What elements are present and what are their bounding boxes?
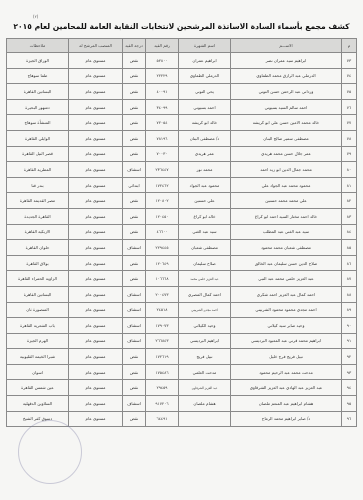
candidate-name: محمد جمال الدين ابو زيد احمد	[231, 162, 342, 178]
candidate-name: مصطفى شعبان محمد محمود	[231, 240, 342, 256]
candidate-name: ابراهيم محمد قرني عبد المعبود البرديسي	[231, 333, 342, 349]
candidate-nickname: عبد العزيز الشرقاوي	[179, 380, 231, 396]
notes: طما سوهاج	[7, 68, 69, 84]
registration-level: نقض	[123, 224, 146, 240]
row-index: ٩٥	[342, 396, 357, 412]
row-index: ٨٤	[342, 224, 357, 240]
row-index: ٨٠	[342, 162, 357, 178]
document-title: كشف مجمع بأسماء السادة الاساتذة المرشحين…	[0, 22, 363, 31]
candidate-nickname	[179, 411, 231, 427]
registration-number: ٢٤٥١٨	[146, 302, 179, 318]
registration-level: ابتدائي	[123, 177, 146, 193]
notes: الوايلي القاهرة	[7, 130, 69, 146]
position: مستوى عام	[69, 286, 123, 302]
registration-number: ٦٤٤٩١	[146, 411, 179, 427]
row-index: ٧٣	[342, 53, 357, 69]
candidate-nickname: وحيد الكيلاني	[179, 318, 231, 334]
table-row: ٩١ابراهيم محمد قرني عبد المعبود البرديسي…	[7, 333, 357, 349]
registration-number: ١٧٢٦١٩	[146, 349, 179, 365]
candidate-nickname: يحي التوني	[179, 84, 231, 100]
header-index: م	[342, 39, 357, 53]
candidate-name: احمد مجدي محمود محمود الشربيني	[231, 302, 342, 318]
registration-level: نقض	[123, 364, 146, 380]
registration-number: ١٧٥٤٨٦	[146, 364, 179, 380]
table-row: ٨١محمود محمد عبد الجواد عليمحمود عبد الج…	[7, 177, 357, 193]
position: مستوى عام	[69, 115, 123, 131]
position: مستوى عام	[69, 193, 123, 209]
candidate-name: خالد محمد الامين حسن علي ابو كريشه	[231, 115, 342, 131]
table-row: ٩٠وحيد صابر سيد كيلانيوحيد الكيلاني١٧٩٠٧…	[7, 318, 357, 334]
registration-number: ١٧٩٠٧٣	[146, 318, 179, 334]
row-index: ٨٨	[342, 286, 357, 302]
registration-level: نقض	[123, 208, 146, 224]
position: مستوى عام	[69, 130, 123, 146]
registration-level: نقض	[123, 84, 146, 100]
candidate-name: ابراهيم سيد عمران نصر	[231, 53, 342, 69]
header-reg-no: رقم القيد	[146, 39, 179, 53]
row-index: ٨٦	[342, 255, 357, 271]
registration-number: ٣٤٠٩٩	[146, 99, 179, 115]
candidate-name: عبد العزيز عبد الهادي عبد العزيز الشرقاو…	[231, 380, 342, 396]
candidate-nickname: خالد ابو كراع	[179, 208, 231, 224]
position: مستوى عام	[69, 318, 123, 334]
registration-level: نقض	[123, 193, 146, 209]
registration-level: استئناف	[123, 240, 146, 256]
registration-level: نقض	[123, 53, 146, 69]
table-row: ٨٢علي محمد محمد حسنينعلي حسنين١٢٠٨٠٢نقضم…	[7, 193, 357, 209]
registration-level: استئناف	[123, 286, 146, 302]
registration-level: نقض	[123, 146, 146, 162]
candidate-nickname: نبيل فريج	[179, 349, 231, 365]
header-level: درجة القيد	[123, 39, 146, 53]
registration-level: نقض	[123, 271, 146, 287]
candidate-name: هشام ابراهيم عبد المنعم ملصان	[231, 396, 342, 412]
candidate-name: احمد سالم السيد بسيوني	[231, 99, 342, 115]
row-index: ٩٤	[342, 380, 357, 396]
row-index: ٩٣	[342, 364, 357, 380]
registration-number: ٩١٧٢٠٦	[146, 396, 179, 412]
row-index: ٨٥	[342, 240, 357, 256]
registration-number: ٤٦٦٠٠	[146, 224, 179, 240]
candidate-nickname: ابراهيم البرديسي	[179, 333, 231, 349]
candidate-nickname: محمد نور	[179, 162, 231, 178]
table-row: ٩٣مدحت محمد عبد الرحيم محمودمدحت العلمي١…	[7, 364, 357, 380]
candidate-nickname: علي حسنين	[179, 193, 231, 209]
row-index: ٨٢	[342, 193, 357, 209]
table-row: ٩٦د/ صابر ابراهيم محمد الرماح٦٤٤٩١نقضمست…	[7, 411, 357, 427]
header-name: الاســـم	[231, 39, 342, 53]
position: مستوى عام	[69, 68, 123, 84]
row-index: ٧٧	[342, 115, 357, 131]
candidate-nickname: محمود عبد الجواد	[179, 177, 231, 193]
candidate-name: مدحت محمد عبد الرحيم محمود	[231, 364, 342, 380]
registration-level: استئناف	[123, 318, 146, 334]
table-row: ٨٥مصطفى شعبان محمد محمودمصطفى شعبان٢٢٩٤٤…	[7, 240, 357, 256]
registration-level: استئناف	[123, 162, 146, 178]
table-row: ٧٥ورداني عبد الرحمن حسن التونييحي التوني…	[7, 84, 357, 100]
row-index: ٧٥	[342, 84, 357, 100]
table-row: ٨٨احمد كمال عبد العزيز احمد شكرياحمد كما…	[7, 286, 357, 302]
position: مستوى عام	[69, 146, 123, 162]
table-row: ٧٩عمر جلال حسن محمد هريديعمر هريدي٧٠٠٣٠ن…	[7, 146, 357, 162]
registration-number: ٢٩٤٥٩	[146, 380, 179, 396]
registration-number: ١٢٠٦٤٩	[146, 255, 179, 271]
registration-level: استئناف	[123, 333, 146, 349]
registration-number: ١٢٠٨٠٢	[146, 193, 179, 209]
row-index: ٨٩	[342, 302, 357, 318]
registration-level: استئناف	[123, 396, 146, 412]
notes: قصر النيل القاهرة	[7, 146, 69, 162]
notes: الزاوية الحمراء القاهرة	[7, 271, 69, 287]
header-notes: ملاحظات	[7, 39, 69, 53]
candidate-name: صلاح الدين حسن سليمان عبد الخالق	[231, 255, 342, 271]
registration-level: نقض	[123, 349, 146, 365]
notes: الوراق الجيزة	[7, 53, 69, 69]
table-body: ٧٣ابراهيم سيد عمران نصرابراهيم عمران٥٢٨٠…	[7, 53, 357, 427]
registration-number: ٢٠٠٤٧٣	[146, 286, 179, 302]
row-index: ٩٦	[342, 411, 357, 427]
position: مستوى عام	[69, 302, 123, 318]
notes: دسوق كفر الشيخ	[7, 411, 69, 427]
position: مستوى عام	[69, 84, 123, 100]
candidate-name: الدرملي عبد الرازق محمد الطماوي	[231, 68, 342, 84]
position: مستوى عام	[69, 162, 123, 178]
candidate-name: عمر جلال حسن محمد هريدي	[231, 146, 342, 162]
registration-level: نقض	[123, 411, 146, 427]
position: مستوى عام	[69, 208, 123, 224]
candidate-nickname: احمد مجدي الشربيني	[179, 302, 231, 318]
official-stamp	[18, 420, 82, 484]
table-row: ٨٠محمد جمال الدين ابو زيد احمدمحمد نور٢٣…	[7, 162, 357, 178]
candidates-table: م الاســـم اسم الشهرة رقم القيد درجة الق…	[6, 38, 357, 427]
candidate-nickname: احمد بسيوني	[179, 99, 231, 115]
table-row: ٩٤عبد العزيز عبد الهادي عبد العزيز الشرق…	[7, 380, 357, 396]
registration-number: ٧٠٠٣٠	[146, 146, 179, 162]
registration-number: ٢٢٢٢٩	[146, 68, 179, 84]
position: مستوى عام	[69, 224, 123, 240]
notes: السلاوين الدقهلية	[7, 396, 69, 412]
table-row: ٨٤سيد عبد الغني عبد المطلبسيد عبد الغني٤…	[7, 224, 357, 240]
row-index: ٩١	[342, 333, 357, 349]
notes: الازبكية القاهرة	[7, 224, 69, 240]
candidate-nickname: مصطفى شعبان	[179, 240, 231, 256]
candidate-nickname: خالد ابو كريشه	[179, 115, 231, 131]
candidate-nickname: د/ مصطفى البنان	[179, 130, 231, 146]
registration-level: نقض	[123, 255, 146, 271]
notes: البساتين القاهرة	[7, 84, 69, 100]
candidate-name: سيد عبد الغني عبد المطلب	[231, 224, 342, 240]
candidate-nickname: عبد العزيز حلمي محمد	[179, 271, 231, 287]
table-row: ٧٧خالد محمد الامين حسن علي ابو كريشهخالد…	[7, 115, 357, 131]
notes: القاهرة الجديدة	[7, 208, 69, 224]
row-index: ٧٤	[342, 68, 357, 84]
header-position: المنصب المرشح له	[69, 39, 123, 53]
candidate-nickname: صلاح سليمان	[179, 255, 231, 271]
position: مستوى عام	[69, 99, 123, 115]
notes: حلوان القاهرة	[7, 240, 69, 256]
table-row: ٨٣خالد احمد مختار السيد احمد ابو كراعخال…	[7, 208, 357, 224]
candidate-name: علي محمد محمد حسنين	[231, 193, 342, 209]
table-row: ٩٢نبيل فريج فرج خليلنبيل فريج١٧٢٦١٩نقضمس…	[7, 349, 357, 365]
registration-number: ١٠٦٦٦٨	[146, 271, 179, 287]
candidate-name: مصطفى سمير صالح البنان	[231, 130, 342, 146]
notes: دمنهور البحيرة	[7, 99, 69, 115]
registration-number: ٢٢٩٤٤٥	[146, 240, 179, 256]
registration-number: ١٢٠٤٥٠	[146, 208, 179, 224]
table-row: ٨٦صلاح الدين حسن سليمان عبد الخالقصلاح س…	[7, 255, 357, 271]
row-index: ٨٧	[342, 271, 357, 287]
position: مستوى عام	[69, 240, 123, 256]
candidate-name: نبيل فريج فرج خليل	[231, 349, 342, 365]
candidate-name: احمد كمال عبد العزيز احمد شكري	[231, 286, 342, 302]
row-index: ٨١	[342, 177, 357, 193]
registration-level: نقض	[123, 130, 146, 146]
registration-number: ٧٨١٩٦	[146, 130, 179, 146]
registration-number: ٤٠٠٩١	[146, 84, 179, 100]
notes: المطرية القاهرة	[7, 162, 69, 178]
candidate-name: خالد احمد مختار السيد احمد ابو كراع	[231, 208, 342, 224]
table-row: ٩٥هشام ابراهيم عبد المنعم ملصانهشام ملصا…	[7, 396, 357, 412]
candidate-nickname: عمر هريدي	[179, 146, 231, 162]
position: مستوى عام	[69, 255, 123, 271]
row-index: ٧٩	[342, 146, 357, 162]
position: مستوى عام	[69, 349, 123, 365]
candidate-name: د/ صابر ابراهيم محمد الرماح	[231, 411, 342, 427]
position: مستوى عام	[69, 271, 123, 287]
candidate-nickname: الدرملي الطماوي	[179, 68, 231, 84]
registration-level: استئناف	[123, 302, 146, 318]
table-row: ٧٦احمد سالم السيد بسيونياحمد بسيوني٣٤٠٩٩…	[7, 99, 357, 115]
table-header-row: م الاســـم اسم الشهرة رقم القيد درجة الق…	[7, 39, 357, 53]
page-number: (٢)	[33, 14, 38, 19]
candidate-nickname: سيد عبد الغني	[179, 224, 231, 240]
candidate-nickname: مدحت العلمي	[179, 364, 231, 380]
notes: البساتين القاهرة	[7, 286, 69, 302]
row-index: ٨٣	[342, 208, 357, 224]
registration-level: نقض	[123, 68, 146, 84]
table-row: ٧٣ابراهيم سيد عمران نصرابراهيم عمران٥٢٨٠…	[7, 53, 357, 69]
position: مستوى عام	[69, 177, 123, 193]
registration-level: نقض	[123, 115, 146, 131]
notes: الهرم الجيزة	[7, 333, 69, 349]
position: مستوى عام	[69, 364, 123, 380]
candidate-name: عبد العزيز حلمي محمد عبد النبي	[231, 271, 342, 287]
row-index: ٩٢	[342, 349, 357, 365]
registration-number: ٢٦٦٨٤٣	[146, 333, 179, 349]
candidate-nickname: ابراهيم عمران	[179, 53, 231, 69]
position: مستوى عام	[69, 53, 123, 69]
candidate-name: وحيد صابر سيد كيلاني	[231, 318, 342, 334]
position: مستوى عام	[69, 411, 123, 427]
registration-level: نقض	[123, 99, 146, 115]
row-index: ٩٠	[342, 318, 357, 334]
notes: باب الشعرية القاهرة	[7, 318, 69, 334]
registration-number: ١٧٢٤٦٢	[146, 177, 179, 193]
row-index: ٧٦	[342, 99, 357, 115]
candidate-nickname: هشام ملصان	[179, 396, 231, 412]
notes: شبرا الخيمة القليوبية	[7, 349, 69, 365]
candidate-name: ورداني عبد الرحمن حسن التوني	[231, 84, 342, 100]
position: مستوى عام	[69, 333, 123, 349]
table-row: ٧٤الدرملي عبد الرازق محمد الطماويالدرملي…	[7, 68, 357, 84]
row-index: ٧٨	[342, 130, 357, 146]
notes: اسوان	[7, 364, 69, 380]
candidate-name: محمود محمد عبد الجواد علي	[231, 177, 342, 193]
notes: المنشأة سوهاج	[7, 115, 69, 131]
notes: عين شمس القاهرة	[7, 380, 69, 396]
notes: مصر القديمة القاهرة	[7, 193, 69, 209]
registration-number: ٥٢٨٠٠	[146, 53, 179, 69]
candidate-nickname: احمد كمال المصري	[179, 286, 231, 302]
position: مستوى عام	[69, 380, 123, 396]
table-row: ٨٧عبد العزيز حلمي محمد عبد النبيعبد العز…	[7, 271, 357, 287]
registration-number: ٧٢٠٥٤	[146, 115, 179, 131]
table-row: ٨٩احمد مجدي محمود محمود الشربينياحمد مجد…	[7, 302, 357, 318]
table-row: ٧٨مصطفى سمير صالح البناند/ مصطفى البنان٧…	[7, 130, 357, 146]
notes: المنصورة ثان	[7, 302, 69, 318]
registration-level: نقض	[123, 380, 146, 396]
notes: بولاق القاهرة	[7, 255, 69, 271]
position: مستوى عام	[69, 396, 123, 412]
notes: بندر قنا	[7, 177, 69, 193]
header-nickname: اسم الشهرة	[179, 39, 231, 53]
registration-number: ٢٣٦٤٤٧	[146, 162, 179, 178]
